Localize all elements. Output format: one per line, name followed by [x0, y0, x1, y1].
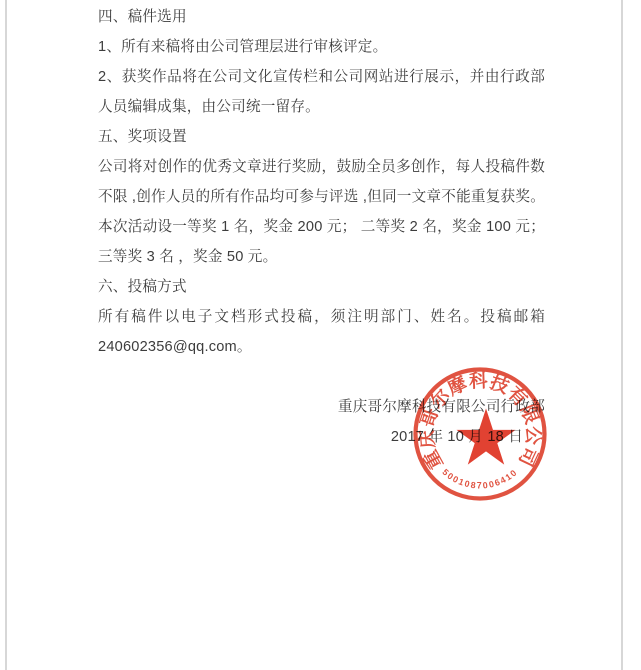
svg-text:5001087006410: 5001087006410: [440, 467, 519, 491]
text-line: 1、所有来稿将由公司管理层进行审核评定。: [98, 32, 545, 62]
company-stamp: 重庆哥尔摩科技有限公司 5001087006410: [408, 362, 552, 506]
text-line: 人员编辑成集，由公司统一留存。: [98, 92, 545, 122]
text-line: 不限 ,创作人员的所有作品均可参与评选 ,但同一文章不能重复获奖。: [98, 182, 545, 212]
text-line: 四、稿件选用: [98, 2, 545, 32]
text-line: 2、获奖作品将在公司文化宣传栏和公司网站进行展示，并由行政部: [98, 62, 545, 92]
text-line: 所有稿件以电子文档形式投稿，须注明部门、姓名。投稿邮箱: [98, 302, 545, 332]
text-line: 五、奖项设置: [98, 122, 545, 152]
stamp-star-icon: [457, 409, 516, 465]
page-edge-right: [621, 0, 623, 670]
text-line: 三等奖 3 名 ，奖金 50 元。: [98, 242, 545, 272]
stamp-serial-text: 5001087006410: [440, 467, 519, 491]
text-line: 240602356@qq.com。: [98, 332, 545, 362]
text-line: 公司将对创作的优秀文章进行奖励，鼓励全员多创作，每人投稿件数: [98, 152, 545, 182]
text-line: 本次活动设一等奖 1 名，奖金 200 元； 二等奖 2 名，奖金 100 元；: [98, 212, 545, 242]
text-line: 六、投稿方式: [98, 272, 545, 302]
page-edge-left: [5, 0, 7, 670]
